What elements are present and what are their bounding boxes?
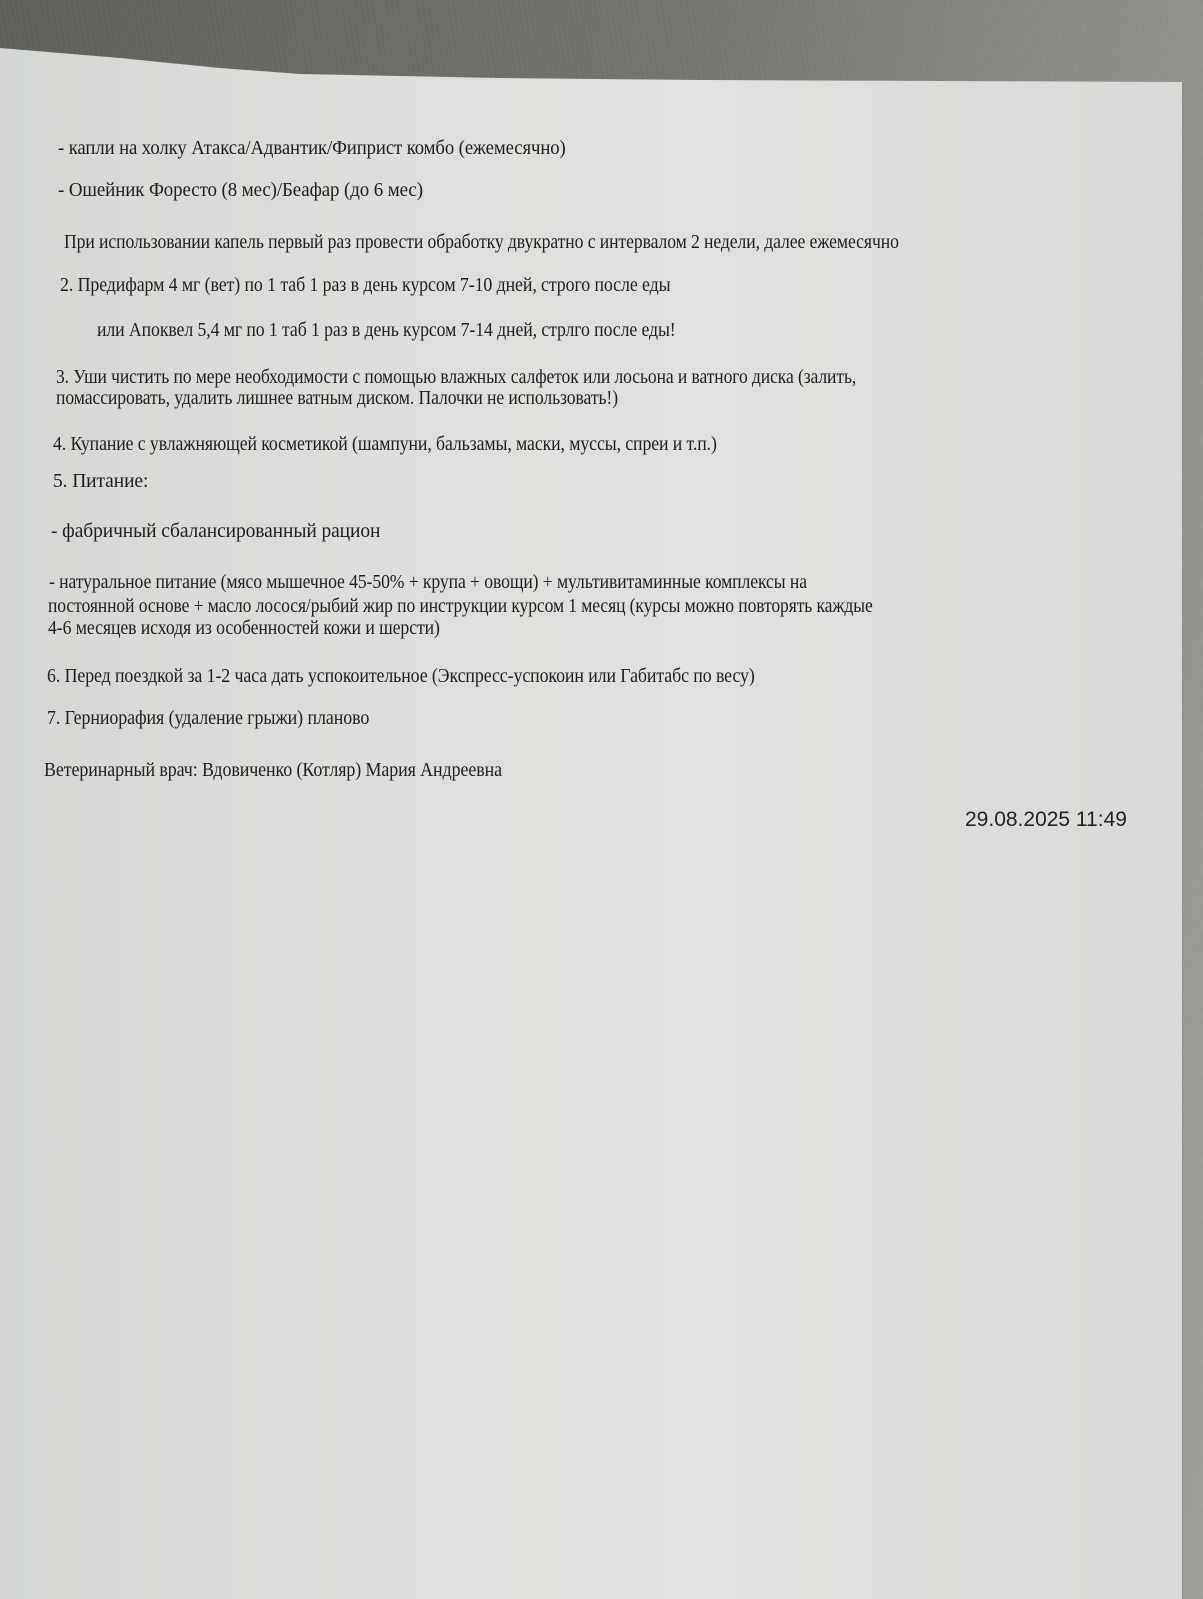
instruction-item-7: 7. Герниорафия (удаление грыжи) планово <box>47 708 369 730</box>
instruction-item-3-line1: 3. Уши чистить по мере необходимости с п… <box>56 367 856 389</box>
instruction-drops: - капли на холку Атакса/Адвантик/Фиприст… <box>58 138 566 160</box>
nutrition-natural-line3: 4-6 месяцев исходя из особенностей кожи … <box>48 618 440 640</box>
nutrition-natural-line1: - натуральное питание (мясо мышечное 45-… <box>49 572 807 594</box>
instruction-item-2-alt: или Апоквел 5,4 мг по 1 таб 1 раз в день… <box>97 320 676 342</box>
instruction-item-6: 6. Перед поездкой за 1-2 часа дать успок… <box>47 666 755 688</box>
instruction-item-2: 2. Предифарм 4 мг (вет) по 1 таб 1 раз в… <box>60 275 671 297</box>
veterinarian-signature: Ветеринарный врач: Вдовиченко (Котляр) М… <box>44 760 502 782</box>
nutrition-factory: - фабричный сбалансированный рацион <box>51 521 380 543</box>
document-datetime: 29.08.2025 11:49 <box>965 808 1127 832</box>
nutrition-natural-line2: постоянной основе + масло лосося/рыбий ж… <box>48 596 873 618</box>
instruction-item-3-line2: помассировать, удалить лишнее ватным дис… <box>56 388 618 410</box>
instruction-item-4: 4. Купание с увлажняющей косметикой (шам… <box>53 434 717 456</box>
instruction-collar: - Ошейник Форесто (8 мес)/Беафар (до 6 м… <box>58 180 423 202</box>
instruction-item-5-heading: 5. Питание: <box>53 471 148 493</box>
instruction-drops-usage: При использовании капель первый раз пров… <box>64 232 899 254</box>
paper-sheet: - капли на холку Атакса/Адвантик/Фиприст… <box>0 0 1182 1599</box>
